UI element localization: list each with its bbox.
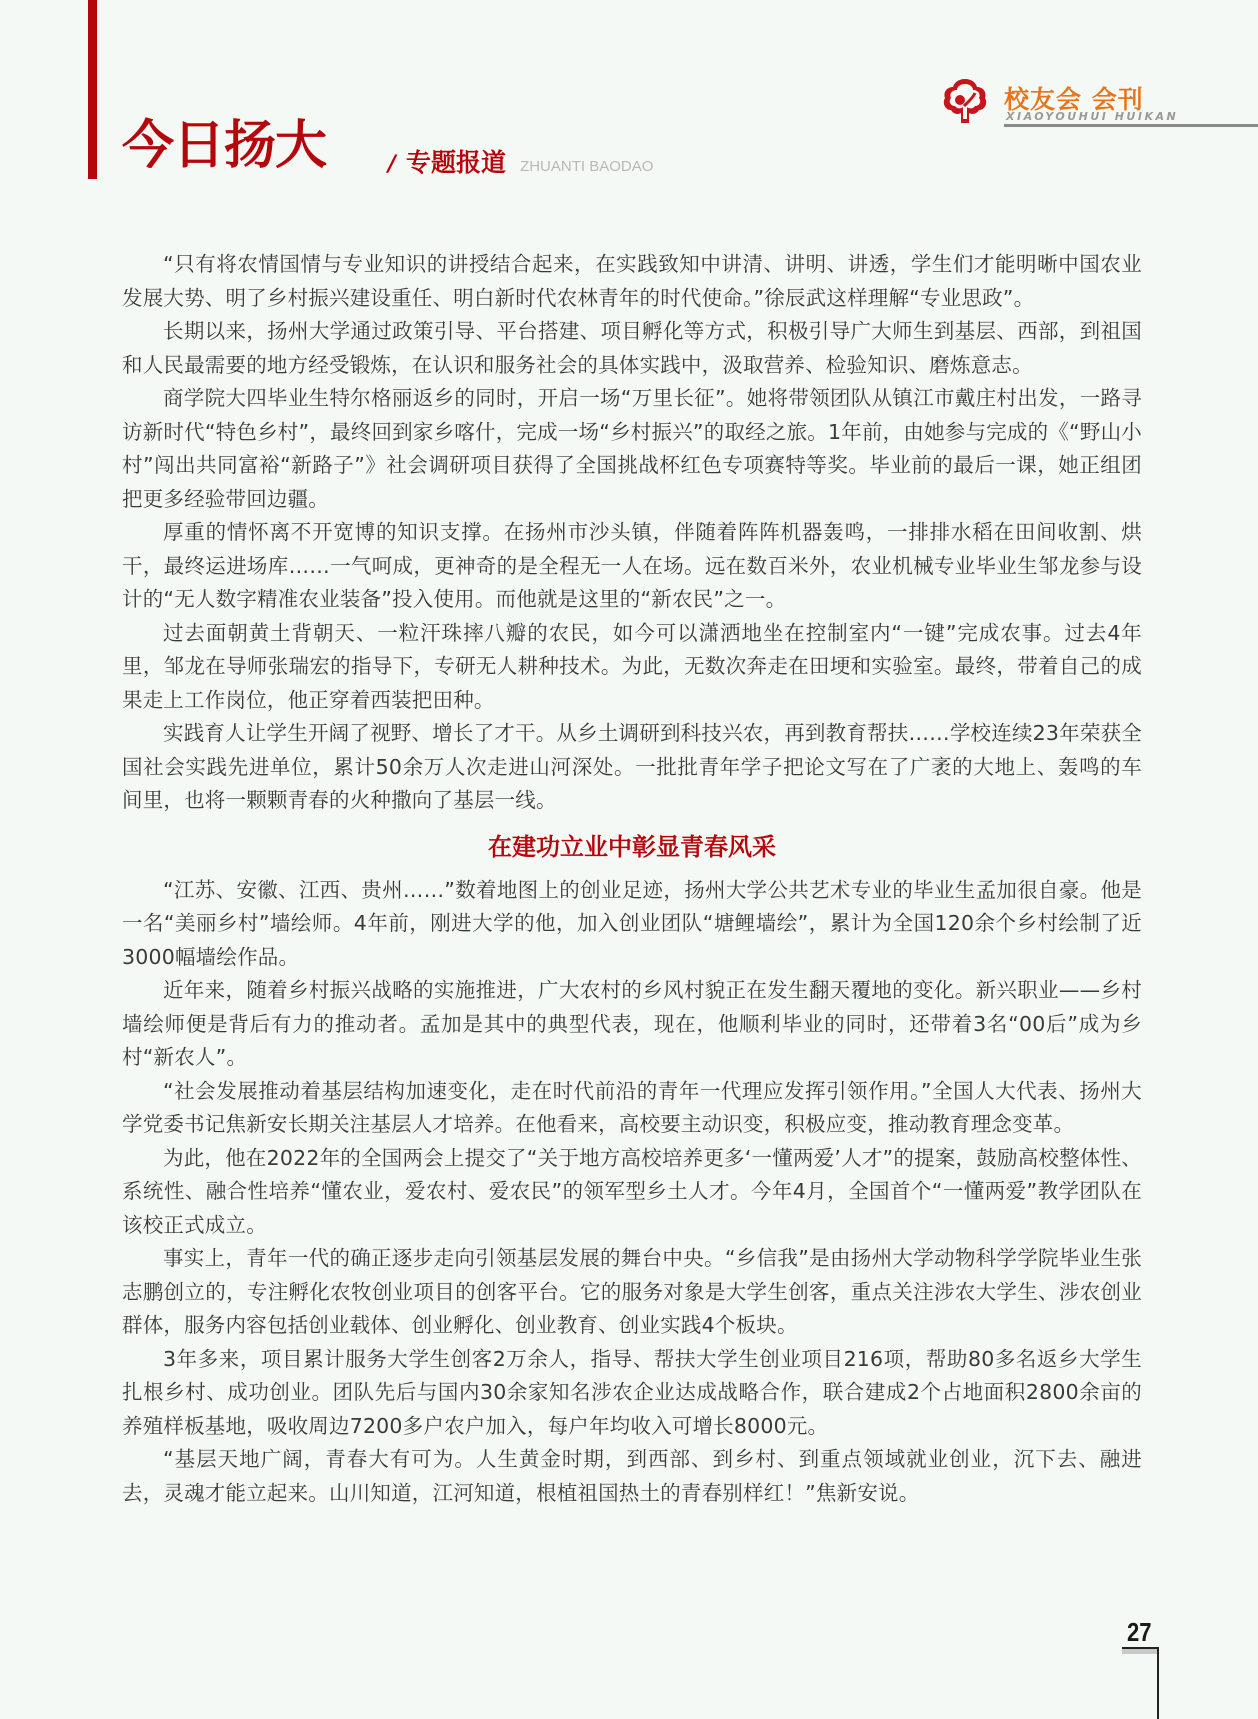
subtitle-en: ZHUANTI BAODAO: [520, 158, 653, 175]
paragraph: 商学院大四毕业生特尔格丽返乡的同时，开启一场“万里长征”。她将带领团队从镇江市戴…: [122, 382, 1142, 516]
subtitle: 专题报道: [406, 143, 506, 179]
header-accent-bar: [88, 0, 97, 179]
tree-emblem-icon: [940, 76, 990, 126]
paragraph: “只有将农情国情与专业知识的讲授结合起来，在实践致知中讲清、讲明、讲透，学生们才…: [122, 248, 1142, 315]
page-number-rule: [1122, 1647, 1159, 1649]
brand-name-en: XIAOYOUHUI HUIKAN: [1006, 110, 1178, 123]
brand-underline: [1004, 124, 1258, 127]
paragraph: “基层天地广阔，青春大有可为。人生黄金时期，到西部、到乡村、到重点领域就业创业，…: [122, 1443, 1142, 1510]
article-body: “只有将农情国情与专业知识的讲授结合起来，在实践致知中讲清、讲明、讲透，学生们才…: [122, 248, 1142, 1510]
paragraph: “江苏、安徽、江西、贵州……”数着地图上的创业足迹，扬州大学公共艺术专业的毕业生…: [122, 874, 1142, 975]
paragraph: 厚重的情怀离不开宽博的知识支撑。在扬州市沙头镇，伴随着阵阵机器轰鸣，一排排水稻在…: [122, 516, 1142, 617]
paragraph: 过去面朝黄土背朝天、一粒汗珠摔八瓣的农民，如今可以潇洒地坐在控制室内“一键”完成…: [122, 617, 1142, 718]
paragraph: 长期以来，扬州大学通过政策引导、平台搭建、项目孵化等方式，积极引导广大师生到基层…: [122, 315, 1142, 382]
subtitle-slash: /: [388, 152, 396, 177]
section-heading: 在建功立业中彰显青春风采: [122, 830, 1142, 864]
brand-header: 校友会 会刊 XIAOYOUHUI HUIKAN: [940, 76, 1258, 126]
paragraph: 近年来，随着乡村振兴战略的实施推进，广大农村的乡风村貌正在发生翻天覆地的变化。新…: [122, 974, 1142, 1075]
section-title: 今日扬大: [122, 116, 326, 176]
paragraph: 实践育人让学生开阔了视野、增长了才干。从乡土调研到科技兴农，再到教育帮扶……学校…: [122, 717, 1142, 818]
paragraph: 3年多来，项目累计服务大学生创客2万余人，指导、帮扶大学生创业项目216项，帮助…: [122, 1343, 1142, 1444]
paragraph: 事实上，青年一代的确正逐步走向引领基层发展的舞台中央。“乡信我”是由扬州大学动物…: [122, 1242, 1142, 1343]
page-number: 27: [1127, 1617, 1152, 1648]
paragraph: 为此，他在2022年的全国两会上提交了“关于地方高校培养更多‘一懂两爱’人才”的…: [122, 1142, 1142, 1243]
subtitle-group: / 专题报道 ZHUANTI BAODAO: [388, 143, 653, 179]
page-corner-rule: [1157, 1647, 1159, 1719]
paragraph: “社会发展推动着基层结构加速变化，走在时代前沿的青年一代理应发挥引领作用。”全国…: [122, 1075, 1142, 1142]
